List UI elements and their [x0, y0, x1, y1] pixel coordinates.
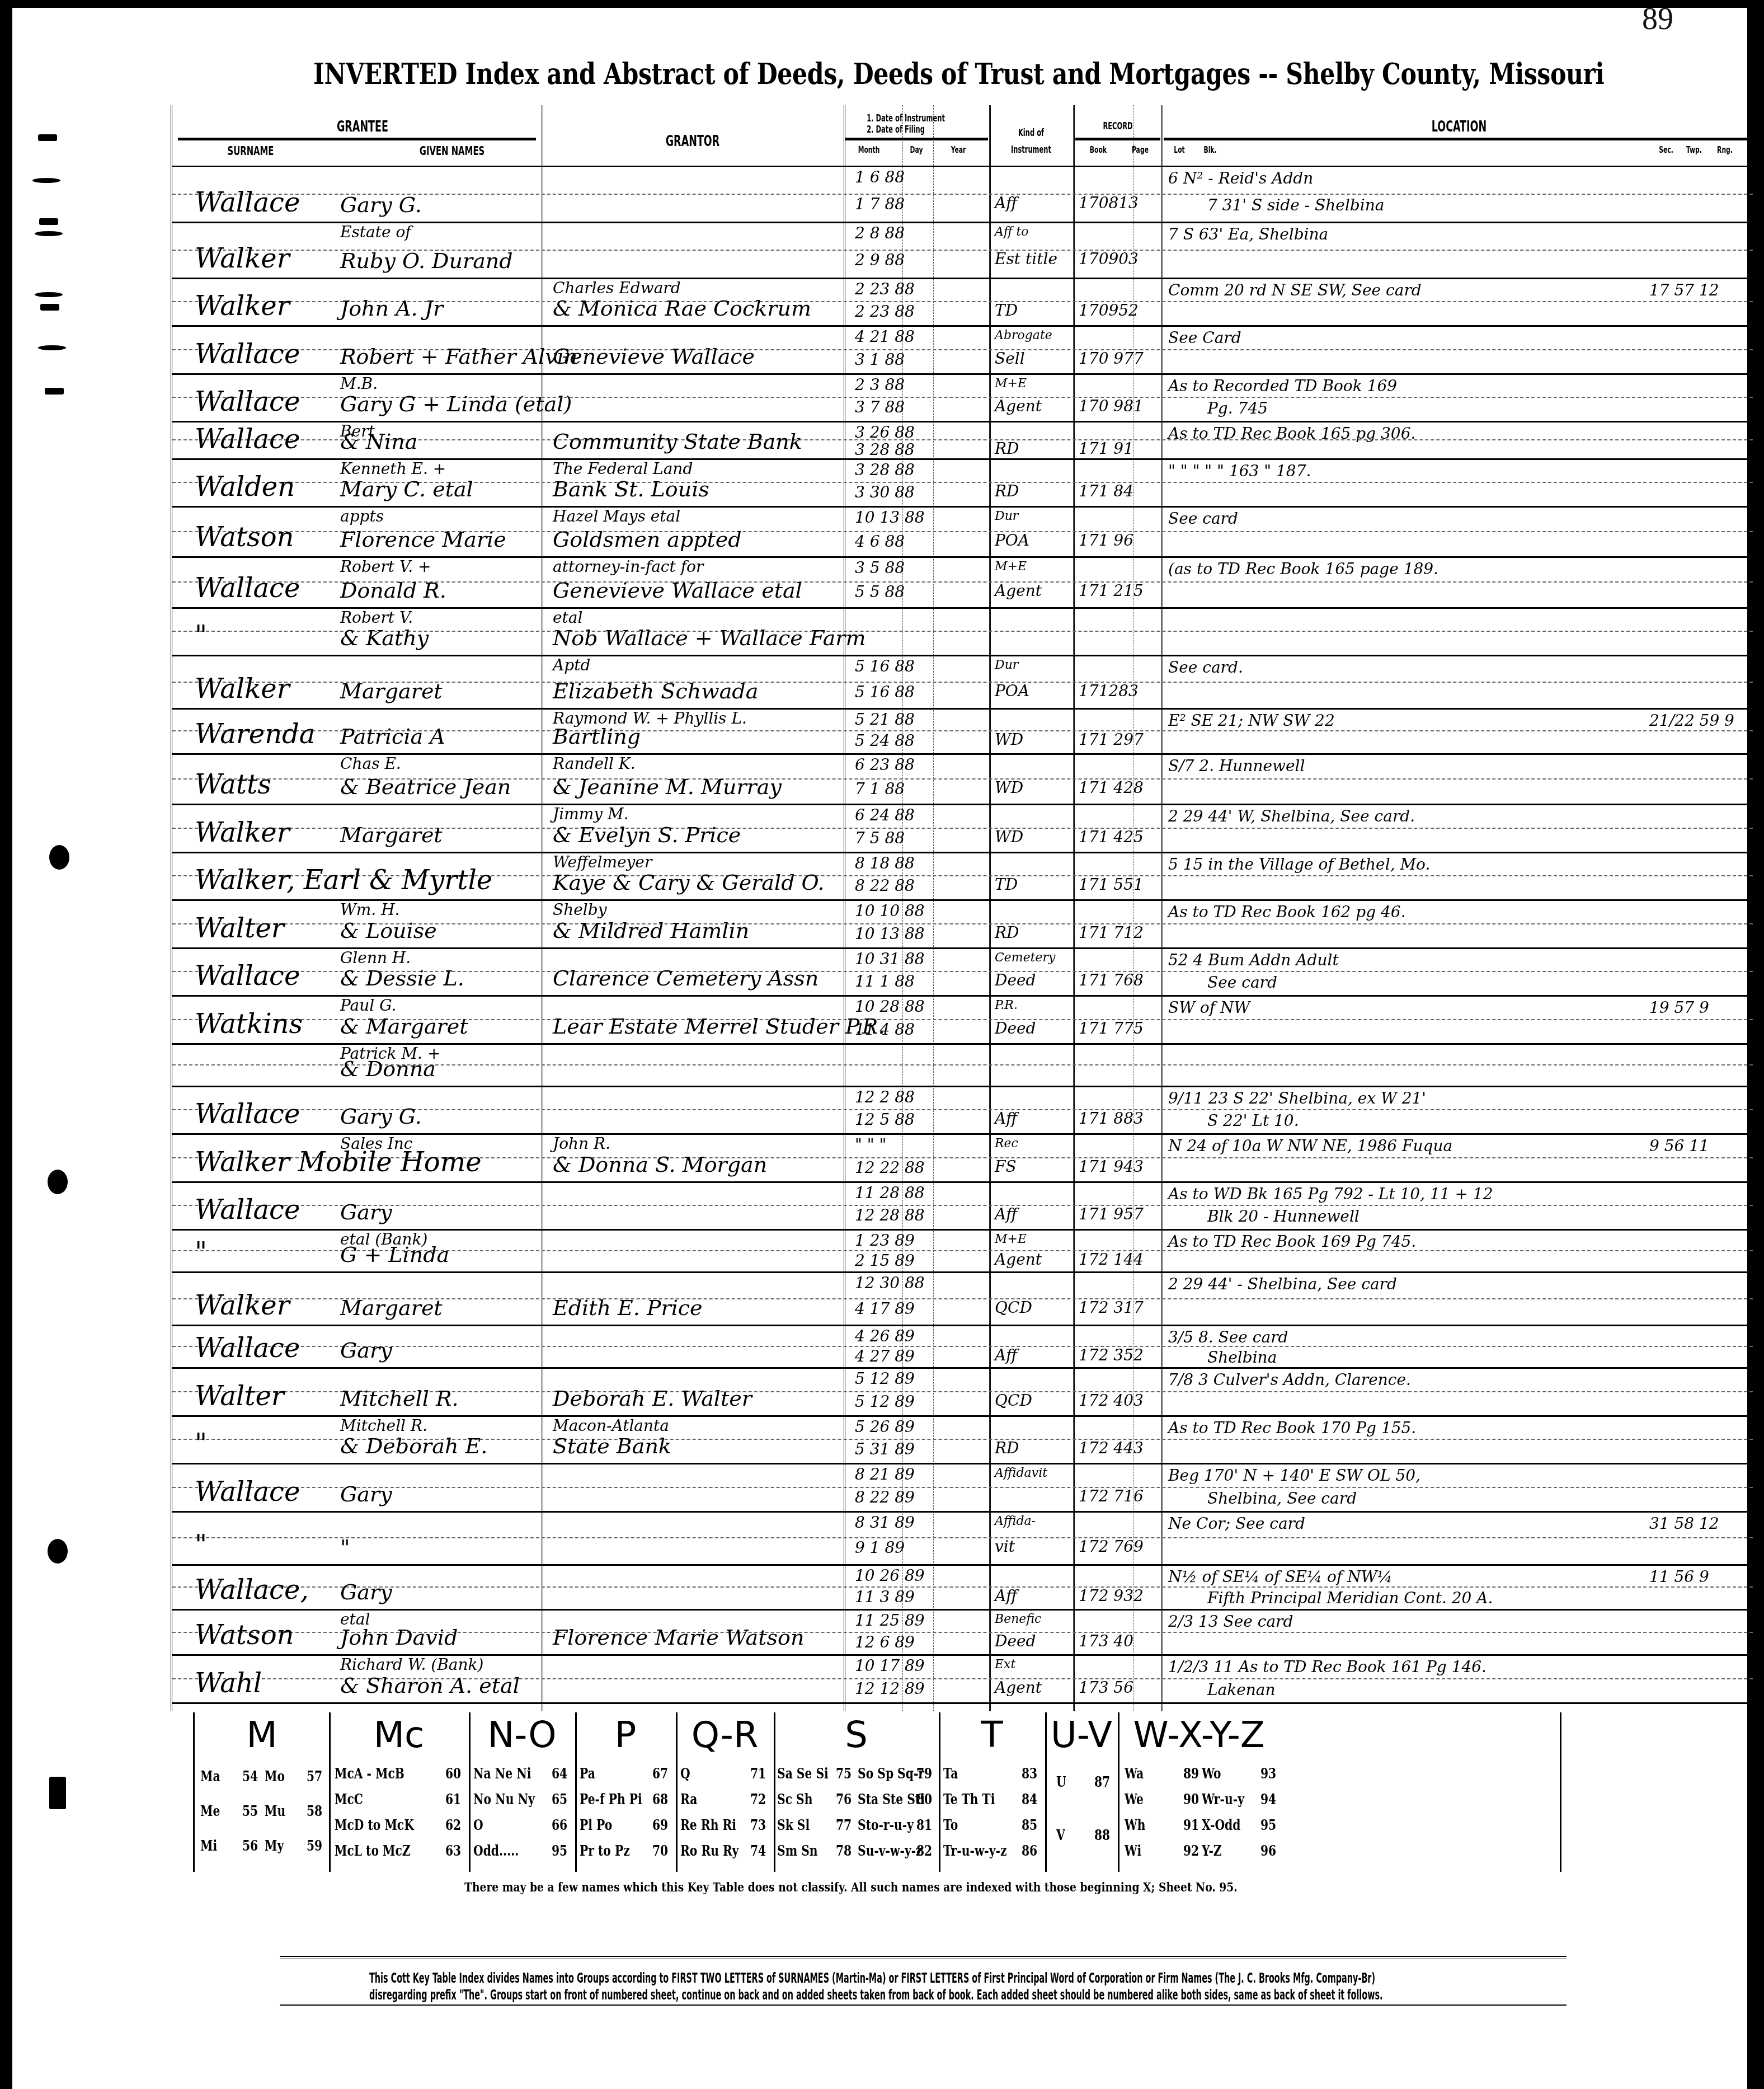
entry-row: WallaceGary G.12 2 8812 5 88Aff171 8839/… [172, 1086, 1753, 1135]
grantor-name: & Monica Rae Cockrum [553, 296, 811, 321]
grantee-surname: Walker [195, 673, 290, 705]
record-book-page: 172 352 [1079, 1346, 1144, 1364]
date-of-filing: 11 3 89 [855, 1588, 915, 1606]
grantor-name: Kaye & Cary & Gerald O. [553, 870, 825, 895]
location-line-1: SW of NW [1168, 998, 1250, 1017]
entry-row: WallaceGary4 26 894 27 89Aff172 3523/5 8… [172, 1325, 1753, 1369]
grantee-surname: " [195, 620, 207, 651]
kind-of-instrument-1: Aff to [995, 225, 1029, 239]
date-of-filing: 3 1 88 [855, 350, 905, 369]
grantee-surname: Walker, Earl & Myrtle [195, 865, 492, 896]
grantee-surname: Walden [195, 471, 295, 503]
grantee-given-names: G + Linda [340, 1242, 449, 1267]
grantor-name: Genevieve Wallace etal [553, 578, 802, 603]
location-line-1: 1/2/3 11 As to TD Rec Book 161 Pg 146. [1168, 1658, 1487, 1676]
record-book-page: 171 883 [1079, 1109, 1144, 1128]
date-of-instrument: 6 23 88 [855, 755, 915, 774]
location-line-1: N½ of SE¼ of SE¼ of NW¼ [1168, 1567, 1393, 1586]
entry-row: Walker, Earl & MyrtleWeffelmeyerKaye & C… [172, 852, 1753, 902]
header-month: Month [852, 144, 886, 155]
key-range-label: Wo [1202, 1766, 1221, 1782]
grantor-name: Florence Marie Watson [553, 1625, 804, 1650]
location-line-1: 9/11 23 S 22' Shelbina, ex W 21' [1168, 1089, 1426, 1107]
grantee-given-names: Mary C. etal [340, 477, 473, 501]
kind-of-instrument: WD [995, 828, 1023, 846]
grantee-given-names: Gary [340, 1338, 392, 1363]
binder-hole [35, 292, 63, 297]
grantee-given-note: Glenn H. [340, 949, 411, 967]
date-of-instrument: 3 28 88 [855, 461, 915, 479]
kind-of-instrument-1: Rec [995, 1137, 1018, 1151]
key-range-label: So Sp Sq-r [858, 1766, 924, 1782]
grantee-given-note: Paul G. [340, 996, 396, 1015]
location-line-1: Beg 170' N + 140' E SW OL 50, [1168, 1466, 1420, 1485]
grantee-given-names: & Margaret [340, 1014, 468, 1039]
key-group-heading: W-X-Y-Z [1118, 1715, 1280, 1756]
key-sheet-number: 77 [836, 1817, 852, 1834]
location-line-1: As to Recorded TD Book 169 [1168, 377, 1397, 395]
date-of-filing: 11 4 88 [855, 1020, 915, 1039]
key-sheet-number: 84 [1022, 1791, 1037, 1808]
sub-line [172, 1346, 1753, 1347]
key-sheet-number: 67 [652, 1766, 668, 1782]
date-of-instrument: 11 28 88 [855, 1184, 925, 1202]
header-rule [178, 138, 536, 140]
date-of-instrument: 10 31 88 [855, 950, 925, 968]
header-day: Day [900, 144, 933, 155]
entry-row: WatsonetalJohn DavidFlorence Marie Watso… [172, 1609, 1753, 1656]
header-grantee: GRANTEE [300, 119, 426, 135]
date-of-instrument: 10 13 88 [855, 508, 925, 527]
entry-row: WatsonapptsFlorence MarieHazel Mays etal… [172, 506, 1753, 558]
record-book-page: 172 317 [1079, 1298, 1144, 1317]
entry-row: Patrick M. +& Donna [172, 1043, 1753, 1087]
date-of-filing: 5 5 88 [855, 583, 905, 601]
kind-of-instrument: Deed [995, 971, 1036, 989]
kind-of-instrument-1: Affida- [995, 1514, 1036, 1528]
kind-of-instrument: Deed [995, 1632, 1036, 1650]
key-sheet-number: 62 [445, 1817, 461, 1834]
location-line-1: S/7 2. Hunnewell [1168, 757, 1305, 775]
key-range-label: Mi [200, 1838, 217, 1855]
grantor-name: & Jeanine M. Murray [553, 774, 782, 799]
date-of-filing: 8 22 89 [855, 1488, 915, 1506]
location-line-1: See card [1168, 509, 1238, 528]
header-date-line2: 2. Date of Filing [867, 124, 972, 135]
grantor-note: John R. [553, 1134, 610, 1153]
grantee-given-names: Margaret [340, 679, 443, 703]
key-range-label: Wa [1125, 1766, 1144, 1782]
kind-of-instrument: Agent [995, 581, 1042, 600]
key-range-label: Wr-u-y [1202, 1791, 1244, 1808]
key-sheet-number: 86 [1022, 1843, 1037, 1860]
grantee-surname: Walker Mobile Home [195, 1147, 482, 1178]
key-group-heading: S [774, 1715, 939, 1756]
header-given-names: GIVEN NAMES [402, 144, 502, 158]
sec-twp-rng: 11 56 9 [1649, 1567, 1709, 1586]
grantee-surname: Watts [195, 769, 271, 800]
location-line-1: See card. [1168, 658, 1243, 677]
entry-row: WallaceRobert V. +Donald R.attorney-in-f… [172, 556, 1753, 608]
header-record: RECORD [1086, 121, 1150, 132]
record-book-page: 172 443 [1079, 1439, 1144, 1457]
entry-row: WaldenKenneth E. +Mary C. etalThe Federa… [172, 458, 1753, 508]
key-sheet-number: 58 [307, 1803, 322, 1820]
date-of-filing: 11 1 88 [855, 972, 915, 990]
grantor-note: attorney-in-fact for [553, 557, 703, 576]
key-range-label: Pl Po [580, 1817, 612, 1834]
kind-of-instrument: Agent [995, 1250, 1042, 1269]
footer-line-2: disregarding prefix "The". Groups start … [369, 1987, 1383, 2003]
entry-row: WalkerMargaretEdith E. Price12 30 884 17… [172, 1271, 1753, 1326]
key-sheet-number: 71 [750, 1766, 766, 1782]
key-sheet-number: 55 [242, 1803, 258, 1820]
grantee-given-names: " [340, 1535, 350, 1560]
grantee-given-names: Margaret [340, 823, 443, 847]
kind-of-instrument-1: Dur [995, 658, 1018, 672]
date-of-filing: 7 1 88 [855, 780, 905, 798]
kind-of-instrument: RD [995, 923, 1019, 942]
date-of-filing: 3 7 88 [855, 398, 905, 416]
grantee-given-names: Gary G + Linda (etal) [340, 392, 572, 416]
date-of-instrument: 10 26 89 [855, 1566, 925, 1585]
location-line-2: Pg. 745 [1207, 399, 1268, 417]
grantee-given-note: Wm. H. [340, 900, 399, 919]
date-of-filing: 5 16 88 [855, 683, 915, 701]
header-date-line1: 1. Date of Instrument [867, 113, 972, 124]
key-range-label: Q [680, 1766, 690, 1782]
grantor-name: & Evelyn S. Price [553, 823, 741, 847]
key-range-label: Mu [265, 1803, 285, 1820]
grantee-given-note: Richard W. (Bank) [340, 1655, 483, 1674]
key-range-label: Sa Se Si [777, 1766, 829, 1782]
kind-of-instrument-1: Ext [995, 1658, 1015, 1672]
key-sheet-number: 83 [1022, 1766, 1037, 1782]
entry-row: WalkerEstate ofRuby O. Durand2 8 882 9 8… [172, 222, 1753, 279]
location-line-2: Shelbina, See card [1207, 1489, 1357, 1508]
header-lot: Lot [1167, 144, 1192, 155]
grantee-surname: " [195, 1529, 207, 1561]
grantee-given-names: & Beatrice Jean [340, 774, 511, 799]
key-range-label: Pr to Pz [580, 1843, 630, 1860]
grantor-note: Charles Edward [553, 279, 681, 297]
date-of-filing: 5 31 89 [855, 1440, 915, 1458]
entry-row: WalkerJohn A. JrCharles Edward& Monica R… [172, 278, 1753, 327]
grantee-surname: " [195, 1237, 207, 1268]
key-range-label: McC [335, 1791, 363, 1808]
key-sheet-number: 81 [916, 1817, 932, 1834]
grantee-surname: Wallace [195, 424, 300, 455]
entry-row: WallaceRobert + Father AlvinGenevieve Wa… [172, 325, 1753, 375]
grantee-surname: Wahl [195, 1668, 262, 1699]
key-range-label: Sto-r-u-y [858, 1817, 914, 1834]
header-sec: Sec. [1654, 144, 1679, 155]
date-of-instrument: 2 8 88 [855, 224, 905, 242]
kind-of-instrument: WD [995, 730, 1023, 749]
key-range-label: Odd..... [473, 1843, 519, 1860]
key-group-heading: N-O [469, 1715, 575, 1756]
location-line-1: As to TD Rec Book 162 pg 46. [1168, 903, 1406, 921]
grantor-note: The Federal Land [553, 459, 693, 478]
location-line-2: S 22' Lt 10. [1207, 1111, 1299, 1130]
grantee-surname: Wallace [195, 1194, 300, 1226]
key-sheet-number: 70 [652, 1843, 668, 1860]
grantee-given-note: Estate of [340, 223, 411, 241]
entry-row: WallaceGary8 21 898 22 89Affidavit172 71… [172, 1463, 1753, 1513]
date-of-instrument: 1 6 88 [855, 168, 905, 186]
kind-of-instrument: Aff [995, 1109, 1017, 1128]
grantor-note: Weffelmeyer [553, 853, 652, 871]
key-sheet-number: 60 [445, 1766, 461, 1782]
sub-line [172, 1537, 1753, 1538]
key-sheet-number: 80 [916, 1791, 932, 1808]
key-sheet-number: 63 [445, 1843, 461, 1860]
key-sheet-number: 72 [750, 1791, 766, 1808]
grantee-given-names: John A. Jr [340, 296, 443, 321]
grantee-surname: Wallace [195, 187, 300, 218]
kind-of-instrument: Deed [995, 1019, 1036, 1038]
kind-of-instrument: Agent [995, 1678, 1042, 1697]
key-range-label: V [1056, 1827, 1065, 1844]
entry-row: WallaceGary11 28 8812 28 88Aff171 957As … [172, 1181, 1753, 1231]
entry-row: WahlRichard W. (Bank)& Sharon A. etal10 … [172, 1654, 1753, 1704]
date-of-instrument: 8 21 89 [855, 1465, 915, 1484]
key-group-heading: U-V [1045, 1715, 1118, 1756]
record-book-page: 170952 [1079, 301, 1139, 320]
grantee-given-names: & Dessie L. [340, 966, 464, 990]
kind-of-instrument-1: P.R. [995, 998, 1018, 1012]
sec-twp-rng: 21/22 59 9 [1649, 711, 1734, 730]
key-range-label: Te Th Ti [943, 1791, 995, 1808]
record-book-page: 171 84 [1079, 482, 1133, 500]
entry-row: "Robert V.& KathyetalNob Wallace + Walla… [172, 607, 1753, 657]
scan-top-edge [0, 0, 1764, 8]
key-table-note: There may be a few names which this Key … [464, 1880, 1238, 1895]
record-book-page: 172 716 [1079, 1487, 1144, 1505]
key-group-heading: P [575, 1715, 676, 1756]
kind-of-instrument: Aff [995, 1205, 1017, 1223]
key-sheet-number: 61 [445, 1791, 461, 1808]
kind-of-instrument-1: M+E [995, 560, 1027, 574]
header-rng: Rng. [1713, 144, 1738, 155]
key-range-label: X-Odd [1202, 1817, 1240, 1834]
date-of-instrument: 6 24 88 [855, 806, 915, 824]
grantee-given-note: Robert V. + [340, 557, 431, 576]
record-book-page: 173 56 [1079, 1678, 1133, 1697]
sub-line [172, 1205, 1753, 1206]
grantee-surname: Wallace [195, 572, 300, 604]
kind-of-instrument: TD [995, 301, 1018, 320]
entry-row: Wallace,Gary10 26 8911 3 89Aff172 932N½ … [172, 1564, 1753, 1611]
key-range-label: U [1056, 1774, 1066, 1791]
key-sheet-number: 68 [652, 1791, 668, 1808]
record-book-page: 172 403 [1079, 1391, 1144, 1410]
entry-row: WatkinsPaul G.& MargaretLear Estate Merr… [172, 995, 1753, 1045]
grantee-given-note: M.B. [340, 374, 378, 393]
kind-of-instrument: QCD [995, 1298, 1032, 1317]
date-of-filing: 5 24 88 [855, 731, 915, 750]
binder-hole [32, 178, 60, 183]
location-line-2: 7 31' S side - Shelbina [1207, 196, 1384, 214]
date-of-instrument: 10 17 89 [855, 1656, 925, 1675]
key-range-label: No Nu Ny [473, 1791, 535, 1808]
entry-row: WallaceM.B.Gary G + Linda (etal)2 3 883 … [172, 373, 1753, 423]
grantee-surname: Walker [195, 1290, 290, 1321]
location-line-1: E² SE 21; NW SW 22 [1168, 711, 1335, 730]
grantee-surname: Wallace [195, 1099, 300, 1130]
date-of-instrument: 5 12 89 [855, 1369, 915, 1388]
date-of-filing: 10 13 88 [855, 924, 925, 943]
key-range-label: McD to McK [335, 1817, 414, 1834]
entry-row: WalkerMargaretJimmy M.& Evelyn S. Price6… [172, 804, 1753, 853]
footer-line-1: This Cott Key Table Index divides Names … [369, 1970, 1383, 1987]
binder-hole [40, 304, 59, 311]
key-range-label: Re Rh Ri [680, 1817, 736, 1834]
date-of-instrument: 4 26 89 [855, 1327, 915, 1345]
key-range-label: Wi [1125, 1843, 1141, 1860]
footer-rule [280, 1956, 1567, 1957]
header-blk: Blk. [1198, 144, 1223, 155]
grantee-given-names: Patricia A [340, 724, 445, 749]
grantee-given-note: Chas E. [340, 754, 401, 773]
key-range-label: O [473, 1817, 483, 1834]
header-surname: SURNAME [209, 144, 293, 158]
sec-twp-rng: 17 57 12 [1649, 281, 1719, 299]
key-sheet-number: 95 [552, 1843, 567, 1860]
date-of-instrument: 12 30 88 [855, 1274, 925, 1292]
grantee-surname: Walter [195, 1381, 284, 1412]
grantor-name: Bank St. Louis [553, 477, 709, 501]
binder-hole [48, 1539, 68, 1564]
grantee-given-names: Margaret [340, 1295, 443, 1320]
kind-of-instrument: WD [995, 778, 1023, 797]
kind-of-instrument: vit [995, 1537, 1015, 1556]
date-of-instrument: 10 28 88 [855, 997, 925, 1016]
grantor-note: etal [553, 608, 582, 627]
header-twp: Twp. [1682, 144, 1707, 155]
key-sheet-number: 74 [750, 1843, 766, 1860]
grantee-surname: Wallace [195, 1332, 300, 1364]
kind-of-instrument-1: M+E [995, 377, 1027, 391]
kind-of-instrument-1: Abrogate [995, 328, 1052, 342]
key-range-label: Y-Z [1202, 1843, 1222, 1860]
record-book-page: 171 297 [1079, 730, 1144, 749]
date-of-instrument: 10 10 88 [855, 902, 925, 920]
header-book: Book [1081, 144, 1115, 155]
key-sheet-number: 94 [1260, 1791, 1276, 1808]
entry-row: WallaceBert& NinaCommunity State Bank3 2… [172, 421, 1753, 460]
key-range-label: To [943, 1817, 958, 1834]
binder-hole [38, 345, 66, 350]
record-book-page: 172 144 [1079, 1250, 1144, 1269]
key-sheet-number: 79 [916, 1766, 932, 1782]
location-line-1: 7/8 3 Culver's Addn, Clarence. [1168, 1370, 1411, 1389]
key-sheet-number: 92 [1183, 1843, 1199, 1860]
location-line-1: Comm 20 rd N SE SW, See card [1168, 281, 1422, 299]
page-number: 89 [1642, 1, 1673, 37]
entry-row: ""8 31 899 1 89Affida-vit172 769Ne Cor; … [172, 1511, 1753, 1566]
grantor-note: Aptd [553, 656, 590, 674]
kind-of-instrument: TD [995, 875, 1018, 894]
date-of-filing: 12 12 89 [855, 1679, 925, 1698]
grantee-surname: Walker [195, 290, 290, 322]
key-sheet-number: 85 [1022, 1817, 1037, 1834]
grantee-given-names: Donald R. [340, 578, 446, 603]
date-of-instrument: 8 31 89 [855, 1513, 915, 1532]
entry-row: WalkerMargaretAptdElizabeth Schwada5 16 … [172, 655, 1753, 710]
date-of-instrument: 8 18 88 [855, 854, 915, 872]
kind-of-instrument-1: Benefic [995, 1612, 1041, 1626]
kind-of-instrument: RD [995, 439, 1019, 458]
key-range-label: Sta Ste Sti [858, 1791, 925, 1808]
location-line-1: 5 15 in the Village of Bethel, Mo. [1168, 855, 1430, 874]
record-book-page: 173 40 [1079, 1632, 1133, 1650]
grantee-surname: Warenda [195, 719, 315, 750]
location-line-1: 52 4 Bum Addn Adult [1168, 951, 1339, 969]
key-sheet-number: 78 [836, 1843, 852, 1860]
location-line-1: 2 29 44' - Shelbina, See card [1168, 1275, 1397, 1293]
grantee-given-names: & Nina [340, 429, 417, 454]
footer-rule [280, 2004, 1567, 2006]
entry-row: Walker Mobile HomeSales IncJohn R.& Donn… [172, 1133, 1753, 1183]
grantor-note: Hazel Mays etal [553, 507, 680, 525]
key-range-label: McL to McZ [335, 1843, 411, 1860]
record-book-page: 171 551 [1079, 875, 1144, 894]
location-line-1: As to WD Bk 165 Pg 792 - Lt 10, 11 + 12 [1168, 1185, 1493, 1203]
grantee-surname: " [195, 1428, 207, 1459]
record-book-page: 171 712 [1079, 923, 1144, 942]
header-kind-1: Kind of [1002, 128, 1061, 139]
binder-hole [48, 1170, 68, 1194]
location-line-1: 3/5 8. See card [1168, 1328, 1288, 1346]
grantee-surname: Walter [195, 913, 284, 944]
location-line-1: 2/3 13 See card [1168, 1612, 1293, 1631]
kind-of-instrument: Sell [995, 349, 1025, 368]
location-line-1: (as to TD Rec Book 165 page 189. [1168, 560, 1438, 578]
key-range-label: Me [200, 1803, 220, 1820]
grantee-given-names: Gary G. [340, 193, 422, 217]
date-of-filing: 7 5 88 [855, 829, 905, 847]
index-sheet: GRANTEE SURNAME GIVEN NAMES GRANTOR 1. D… [171, 105, 1754, 1711]
date-of-filing: 5 12 89 [855, 1392, 915, 1411]
grantee-surname: Walker [195, 243, 290, 274]
key-group-heading: Mc [329, 1715, 469, 1756]
key-sheet-number: 95 [1260, 1817, 1276, 1834]
date-of-filing: 3 30 88 [855, 483, 915, 501]
entry-row: WallaceGlenn H.& Dessie L.Clarence Cemet… [172, 947, 1753, 997]
grantee-given-names: Gary [340, 1482, 392, 1506]
entry-row: "Mitchell R.& Deborah E.Macon-AtlantaSta… [172, 1415, 1753, 1465]
key-range-label: Ro Ru Ry [680, 1843, 738, 1860]
key-sheet-number: 88 [1094, 1827, 1110, 1844]
binder-hole [45, 388, 64, 395]
grantor-name: Bartling [553, 724, 641, 749]
entry-row: WalterMitchell R.Deborah E. Walter5 12 8… [172, 1367, 1753, 1417]
grantee-given-names: Gary [340, 1580, 392, 1604]
kind-of-instrument: Agent [995, 397, 1042, 415]
grantor-note: Jimmy M. [553, 805, 629, 823]
key-group-heading: T [939, 1715, 1045, 1756]
header-rule [1075, 138, 1160, 140]
key-sheet-number: 54 [242, 1768, 258, 1785]
kind-of-instrument: POA [995, 531, 1029, 550]
record-book-page: 171 775 [1079, 1019, 1144, 1038]
key-range-label: Ta [943, 1766, 958, 1782]
date-of-filing: 3 28 88 [855, 440, 915, 459]
location-line-1: N 24 of 10a W NW NE, 1986 Fuqua [1168, 1137, 1452, 1155]
record-book-page: 171 428 [1079, 778, 1144, 797]
key-sheet-number: 59 [307, 1838, 322, 1855]
